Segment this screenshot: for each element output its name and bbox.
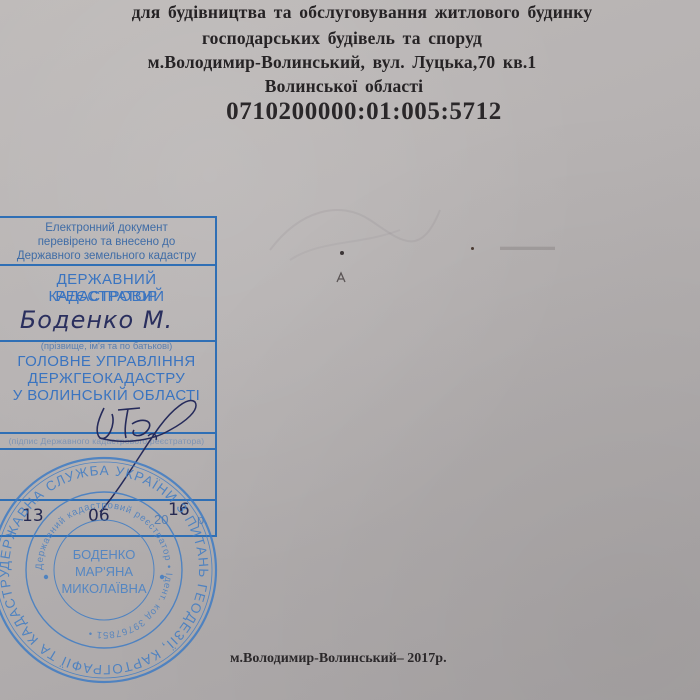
office-line-1: ГОЛОВНЕ УПРАВЛІННЯ	[0, 353, 215, 370]
region-line: Волинської області	[0, 76, 694, 97]
ink-mark	[335, 270, 347, 284]
name-caption: (прізвище, ім'я та по батькові)	[0, 341, 215, 352]
place-and-year: м.Володимир-Волинський– 2017р.	[230, 651, 500, 667]
office-line-2: ДЕРЖГЕОКАДАСТРУ	[0, 370, 215, 387]
office-line-3: У ВОЛИНСЬКІЙ ОБЛАСТІ	[0, 387, 215, 404]
date-month: 06	[88, 506, 110, 526]
purpose-line: для будівництва та обслуговування житлов…	[12, 2, 700, 23]
date-suffix: р.	[197, 512, 208, 527]
date-year-handwritten: 16	[168, 500, 190, 520]
stamp-notice-line-3: Державного земельного кадастру	[0, 250, 215, 262]
stamp-divider	[0, 432, 215, 434]
stamp-divider	[0, 264, 215, 266]
ink-dot	[471, 247, 474, 250]
stamp-divider	[0, 448, 215, 450]
signature-caption: (підпис Державного кадастрового реєстрат…	[0, 436, 215, 446]
address-line: м.Володимир-Волинський, вул. Луцька,70 к…	[0, 52, 692, 73]
handwritten-registrar-name: Боденко М.	[0, 306, 205, 334]
ink-dot	[340, 251, 344, 255]
cadastral-registration-stamp: Електронний документ перевірено та внесе…	[0, 216, 217, 537]
svg-text:МАР'ЯНА: МАР'ЯНА	[75, 564, 133, 579]
date-day: 13	[22, 506, 44, 526]
bleed-through-text: ▬▬▬▬▬	[500, 241, 555, 253]
stamp-notice-line-1: Електронний документ	[0, 222, 215, 234]
svg-text:МИКОЛАЇВНА: МИКОЛАЇВНА	[61, 581, 146, 596]
stamp-notice-line-2: перевірено та внесено до	[0, 236, 215, 248]
date-year-printed: 20	[154, 512, 168, 527]
purpose-line-2: господарських будівель та споруд	[0, 28, 692, 49]
registrar-title-line-2: РЕЄСТРАТОР	[0, 288, 215, 305]
cadastral-number: 0710200000:01:005:5712	[14, 98, 700, 126]
bleed-through-signature	[250, 190, 450, 280]
svg-text:БОДЕНКО: БОДЕНКО	[73, 547, 136, 562]
